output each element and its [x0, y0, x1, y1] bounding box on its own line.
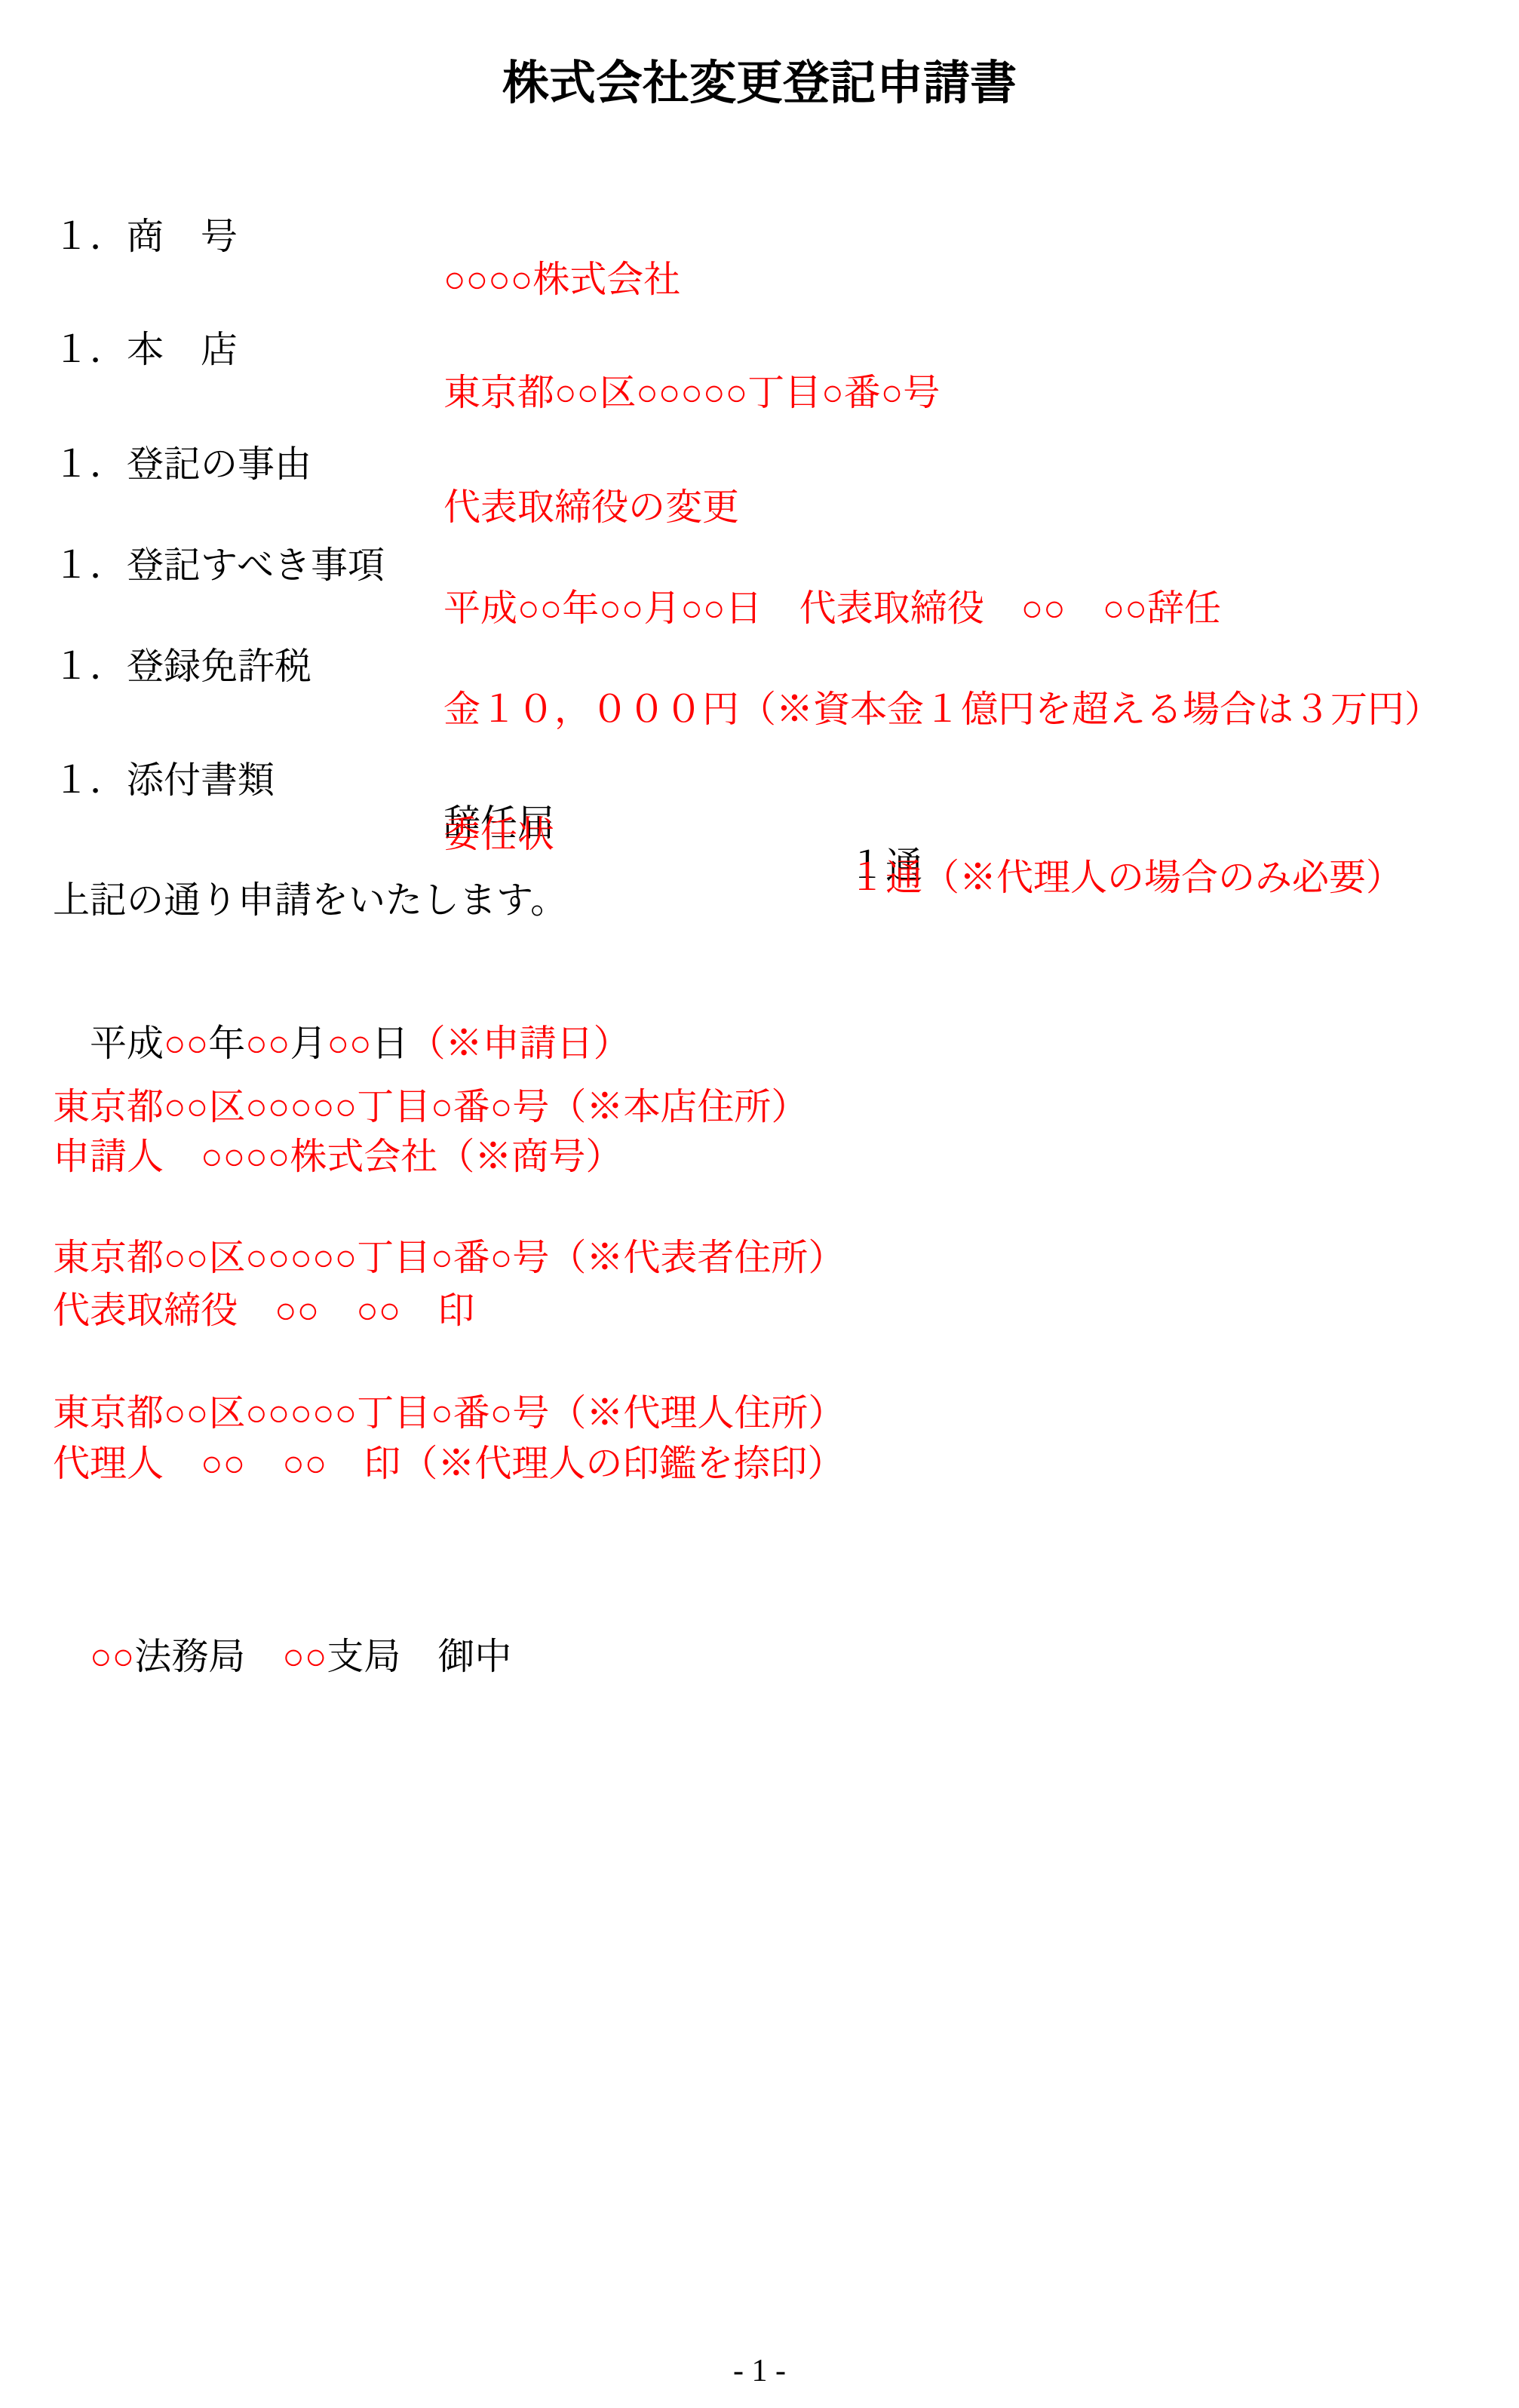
registration-tax-label: １．登録免許税 — [53, 646, 311, 688]
representative-name: 代表取締役 ○○ ○○ 印 — [53, 1290, 1519, 1332]
date-segment-year: 年 — [208, 1023, 245, 1064]
attachment-item-name: 委任状 — [443, 814, 554, 856]
recipient-bureau-text: 法務局 — [134, 1636, 282, 1677]
recipient-line: ○○法務局 ○○支局 御中 — [53, 1594, 1519, 1721]
date-segment-day: 日 — [372, 1023, 409, 1064]
document-title: 株式会社変更登記申請書 — [0, 45, 1519, 112]
declaration-text: 上記の通り申請をいたします。 — [53, 879, 1519, 922]
date-segment-era: 平成 — [90, 1023, 164, 1064]
page-number: - 1 - — [0, 2353, 1519, 2389]
document-page: 株式会社変更登記申請書 １．商 号 ○○○○株式会社 １．本 店 東京都○○区○… — [0, 0, 1519, 2408]
head-office-label: １．本 店 — [53, 329, 238, 371]
cause-of-registration-label: １．登記の事由 — [53, 443, 311, 486]
applicant-address: 東京都○○区○○○○○丁目○番○号（※本店住所） — [53, 1086, 1519, 1128]
date-segment-year-placeholder: ○○ — [164, 1023, 208, 1064]
applicant-name: 申請人 ○○○○株式会社（※商号） — [53, 1136, 1519, 1178]
recipient-branch-placeholder: ○○ — [282, 1636, 327, 1677]
date-segment-note: （※申請日） — [409, 1023, 631, 1064]
date-segment-month: 月 — [290, 1023, 327, 1064]
recipient-branch-text: 支局 御中 — [327, 1636, 511, 1677]
representative-address: 東京都○○区○○○○○丁目○番○号（※代表者住所） — [53, 1237, 1519, 1279]
date-segment-month-placeholder: ○○ — [245, 1023, 290, 1064]
matters-to-register-label: １．登記すべき事項 — [53, 544, 385, 587]
agent-address: 東京都○○区○○○○○丁目○番○号（※代理人住所） — [53, 1392, 1519, 1434]
trade-name-label: １．商 号 — [53, 216, 238, 258]
recipient-bureau-placeholder: ○○ — [90, 1636, 134, 1677]
date-segment-day-placeholder: ○○ — [327, 1023, 371, 1064]
agent-name: 代理人 ○○ ○○ 印（※代理人の印鑑を捺印） — [53, 1443, 1519, 1485]
